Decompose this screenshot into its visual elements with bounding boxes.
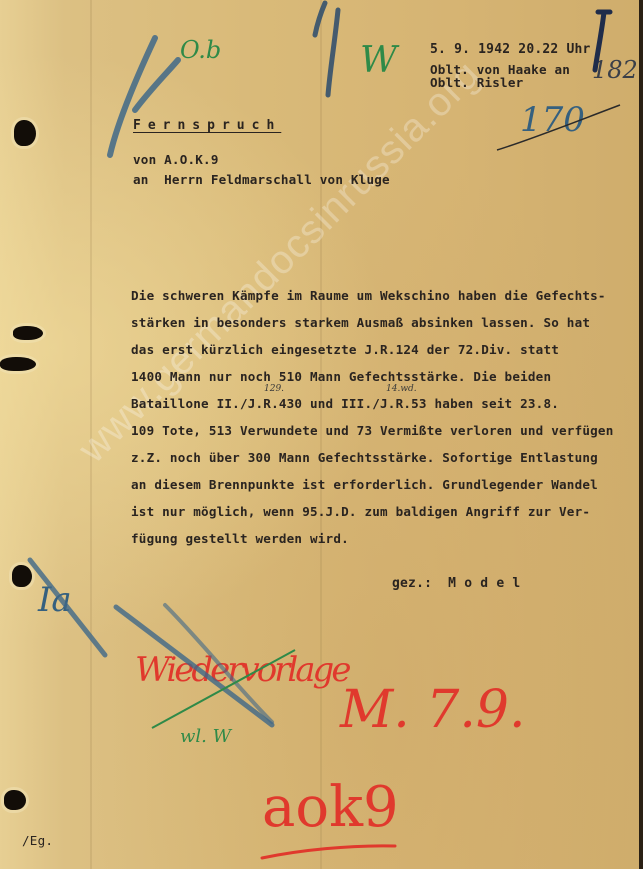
blue-strike [30,560,105,655]
blue-cross-stroke [116,607,272,725]
blue-initial-stroke [315,3,338,95]
pencil-strokes [0,0,643,869]
red-underline [262,846,395,858]
dark-bracket-stroke [595,12,610,70]
blue-signature-stroke [110,38,178,155]
cross-out-line [497,105,620,150]
green-strike [152,650,295,728]
